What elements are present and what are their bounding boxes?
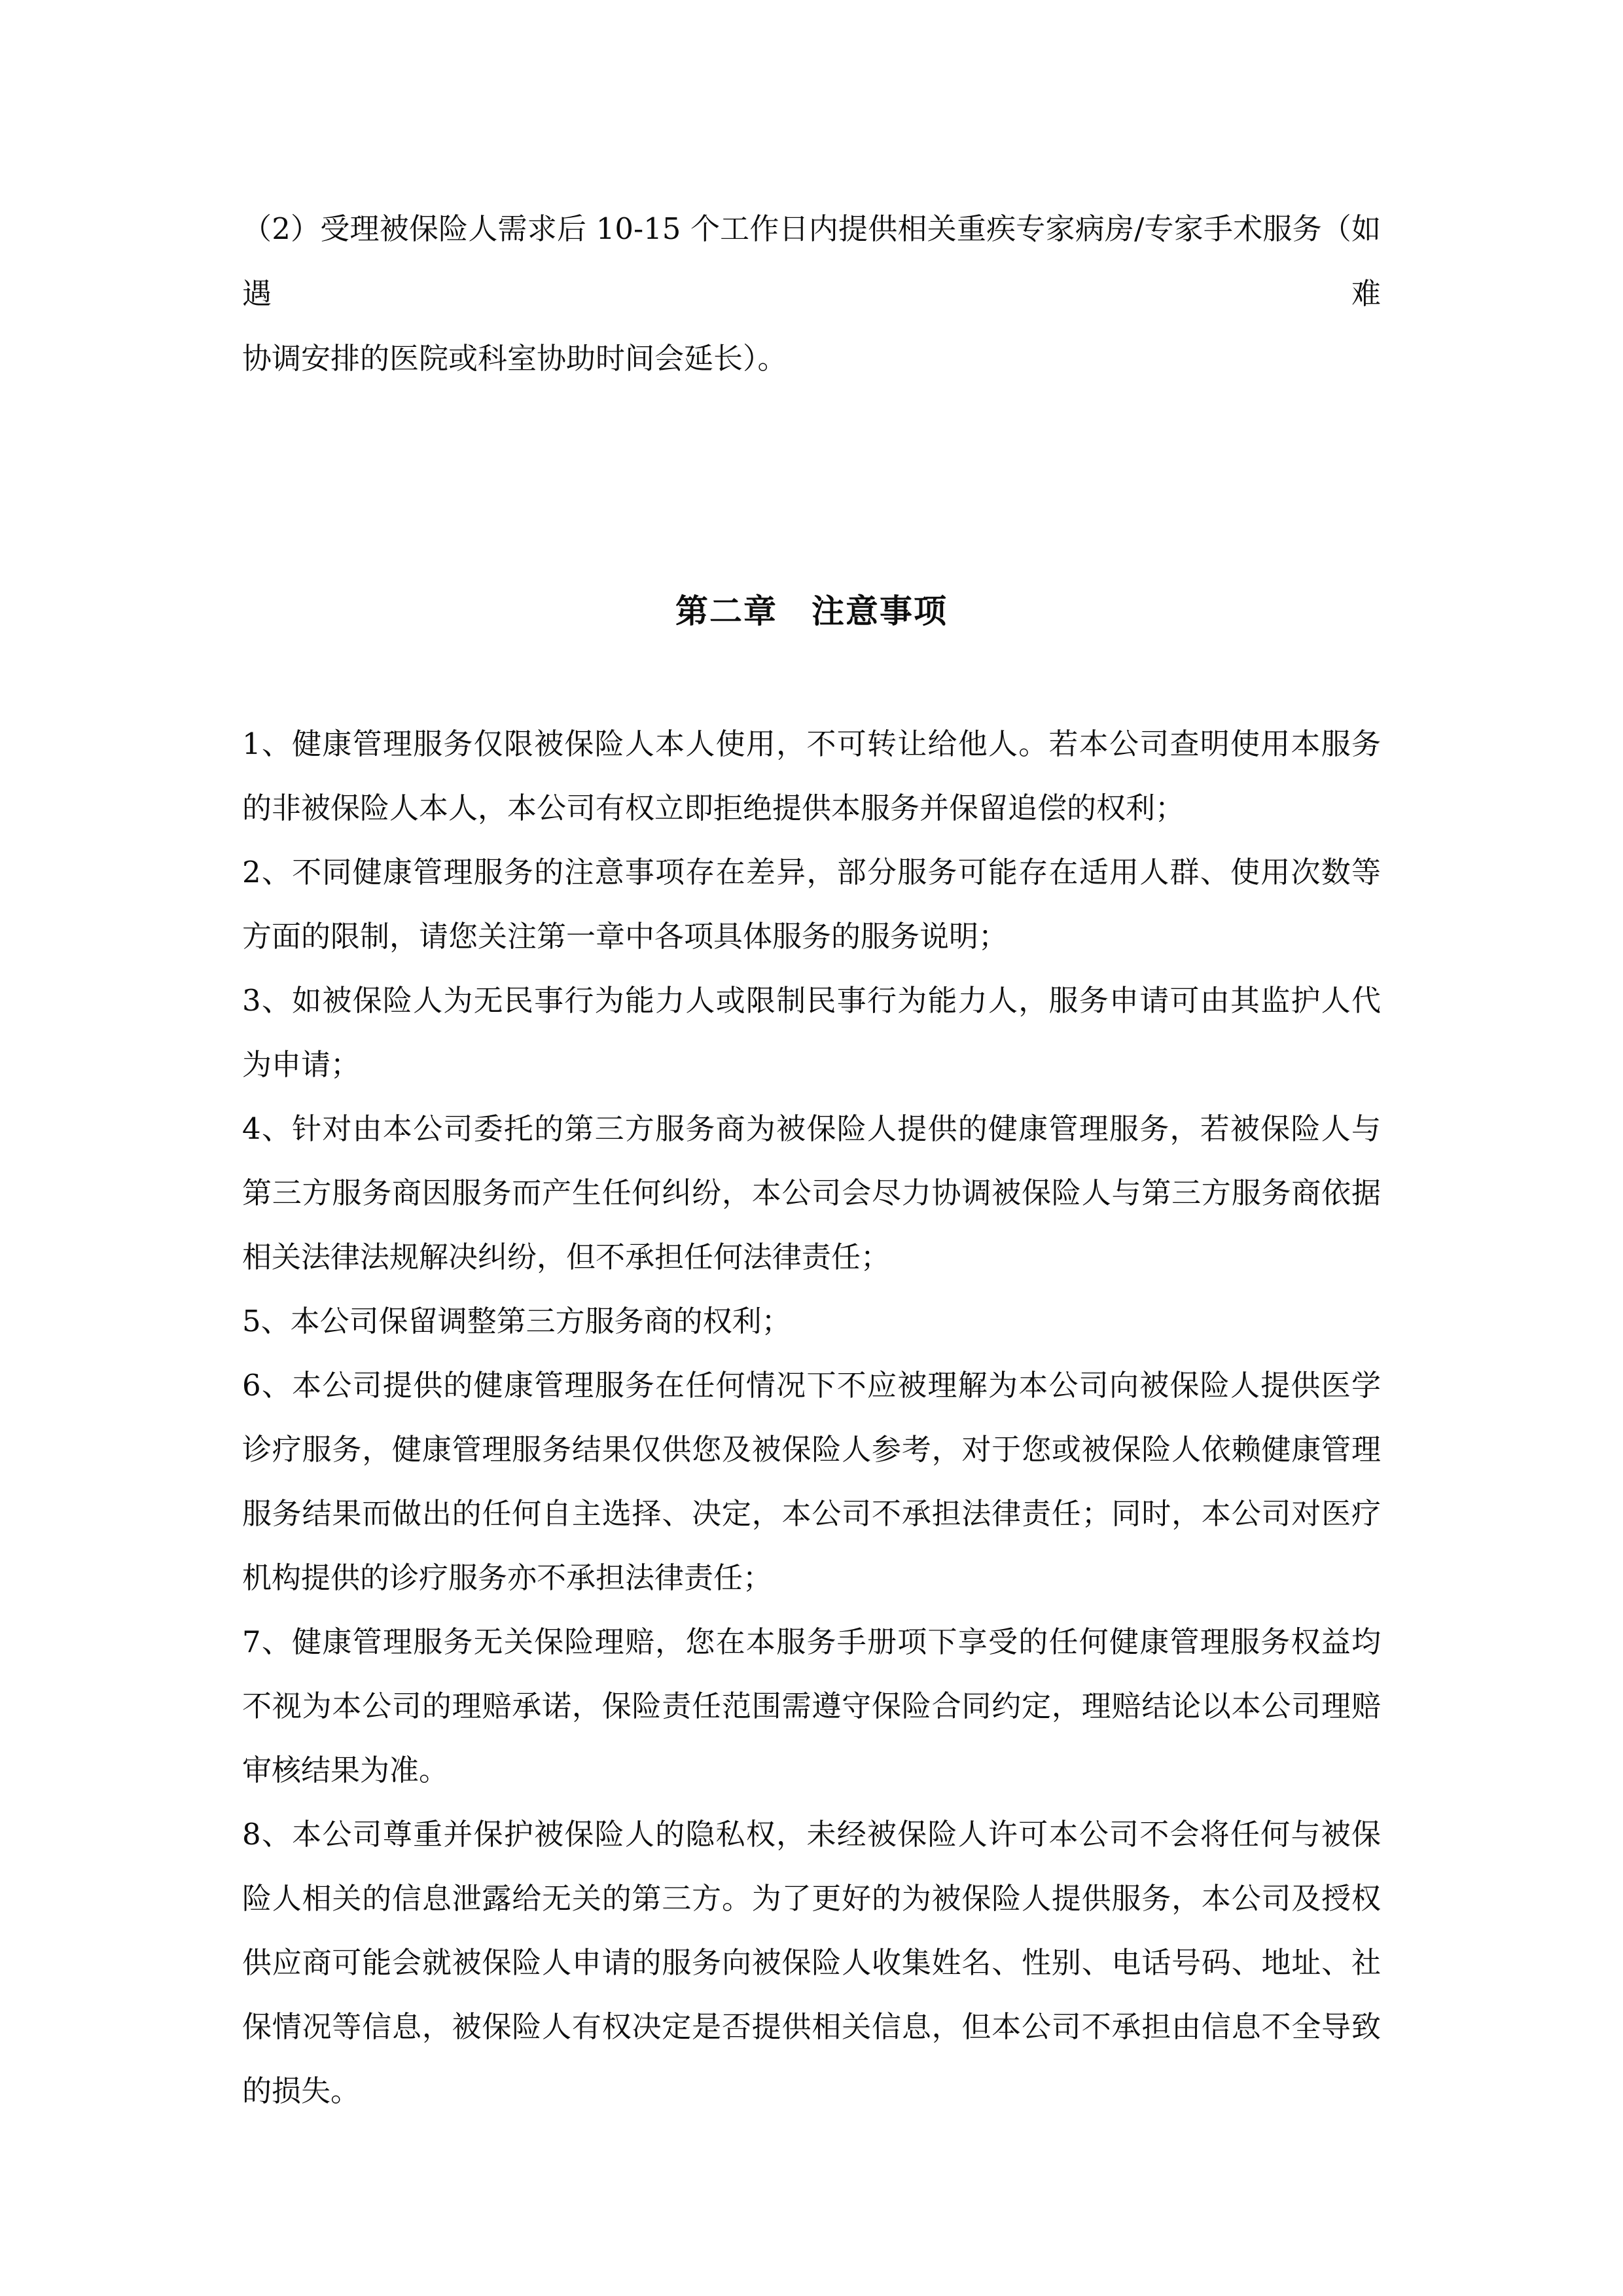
notice-item: 6、本公司提供的健康管理服务在任何情况下不应被理解为本公司向被保险人提供医学诊疗… <box>242 1354 1381 1610</box>
text-line: 5、本公司保留调整第三方服务商的权利； <box>242 1289 1381 1354</box>
text-line: 方面的限制，请您关注第一章中各项具体服务的服务说明； <box>242 905 1381 969</box>
notice-item: 1、健康管理服务仅限被保险人本人使用，不可转让给他人。若本公司查明使用本服务的非… <box>242 712 1381 840</box>
document-page: （2）受理被保险人需求后 10-15 个工作日内提供相关重疾专家病房/专家手术服… <box>0 0 1623 2296</box>
text-line: 协调安排的医院或科室协助时间会延长）。 <box>242 326 1381 391</box>
text-line: 为申请； <box>242 1033 1381 1097</box>
notice-item: 3、如被保险人为无民事行为能力人或限制民事行为能力人，服务申请可由其监护人代为申… <box>242 969 1381 1097</box>
text-line: 的非被保险人本人，本公司有权立即拒绝提供本服务并保留追偿的权利； <box>242 776 1381 840</box>
text-line: 的损失。 <box>242 2059 1381 2123</box>
notice-item: 8、本公司尊重并保护被保险人的隐私权，未经被保险人许可本公司不会将任何与被保险人… <box>242 1803 1381 2123</box>
text-line: 1、健康管理服务仅限被保险人本人使用，不可转让给他人。若本公司查明使用本服务 <box>242 712 1381 776</box>
notice-item: 7、健康管理服务无关保险理赔，您在本服务手册项下享受的任何健康管理服务权益均不视… <box>242 1610 1381 1803</box>
text-line: 服务结果而做出的任何自主选择、决定，本公司不承担法律责任；同时，本公司对医疗 <box>242 1482 1381 1546</box>
text-line: 7、健康管理服务无关保险理赔，您在本服务手册项下享受的任何健康管理服务权益均 <box>242 1610 1381 1674</box>
text-line: 机构提供的诊疗服务亦不承担法律责任； <box>242 1546 1381 1610</box>
text-line: （2）受理被保险人需求后 10-15 个工作日内提供相关重疾专家病房/专家手术服… <box>242 196 1381 326</box>
text-line: 第三方服务商因服务而产生任何纠纷，本公司会尽力协调被保险人与第三方服务商依据 <box>242 1161 1381 1225</box>
text-line: 6、本公司提供的健康管理服务在任何情况下不应被理解为本公司向被保险人提供医学 <box>242 1354 1381 1418</box>
notice-item: 2、不同健康管理服务的注意事项存在差异，部分服务可能存在适用人群、使用次数等方面… <box>242 840 1381 969</box>
text-line: 4、针对由本公司委托的第三方服务商为被保险人提供的健康管理服务，若被保险人与 <box>242 1097 1381 1161</box>
notice-list: 1、健康管理服务仅限被保险人本人使用，不可转让给他人。若本公司查明使用本服务的非… <box>242 712 1381 2123</box>
intro-paragraph: （2）受理被保险人需求后 10-15 个工作日内提供相关重疾专家病房/专家手术服… <box>242 196 1381 391</box>
text-line: 2、不同健康管理服务的注意事项存在差异，部分服务可能存在适用人群、使用次数等 <box>242 840 1381 905</box>
text-line: 8、本公司尊重并保护被保险人的隐私权，未经被保险人许可本公司不会将任何与被保 <box>242 1803 1381 1867</box>
text-line: 3、如被保险人为无民事行为能力人或限制民事行为能力人，服务申请可由其监护人代 <box>242 969 1381 1033</box>
text-line: 审核结果为准。 <box>242 1738 1381 1803</box>
text-line: 保情况等信息，被保险人有权决定是否提供相关信息，但本公司不承担由信息不全导致 <box>242 1995 1381 2059</box>
notice-item: 5、本公司保留调整第三方服务商的权利； <box>242 1289 1381 1354</box>
text-line: 诊疗服务，健康管理服务结果仅供您及被保险人参考，对于您或被保险人依赖健康管理 <box>242 1418 1381 1482</box>
notice-item: 4、针对由本公司委托的第三方服务商为被保险人提供的健康管理服务，若被保险人与第三… <box>242 1097 1381 1289</box>
text-line: 险人相关的信息泄露给无关的第三方。为了更好的为被保险人提供服务，本公司及授权 <box>242 1867 1381 1931</box>
text-line: 相关法律法规解决纠纷，但不承担任何法律责任； <box>242 1225 1381 1289</box>
text-line: 供应商可能会就被保险人申请的服务向被保险人收集姓名、性别、电话号码、地址、社 <box>242 1931 1381 1995</box>
text-line: 不视为本公司的理赔承诺，保险责任范围需遵守保险合同约定，理赔结论以本公司理赔 <box>242 1674 1381 1738</box>
chapter-heading: 第二章 注意事项 <box>242 591 1381 632</box>
